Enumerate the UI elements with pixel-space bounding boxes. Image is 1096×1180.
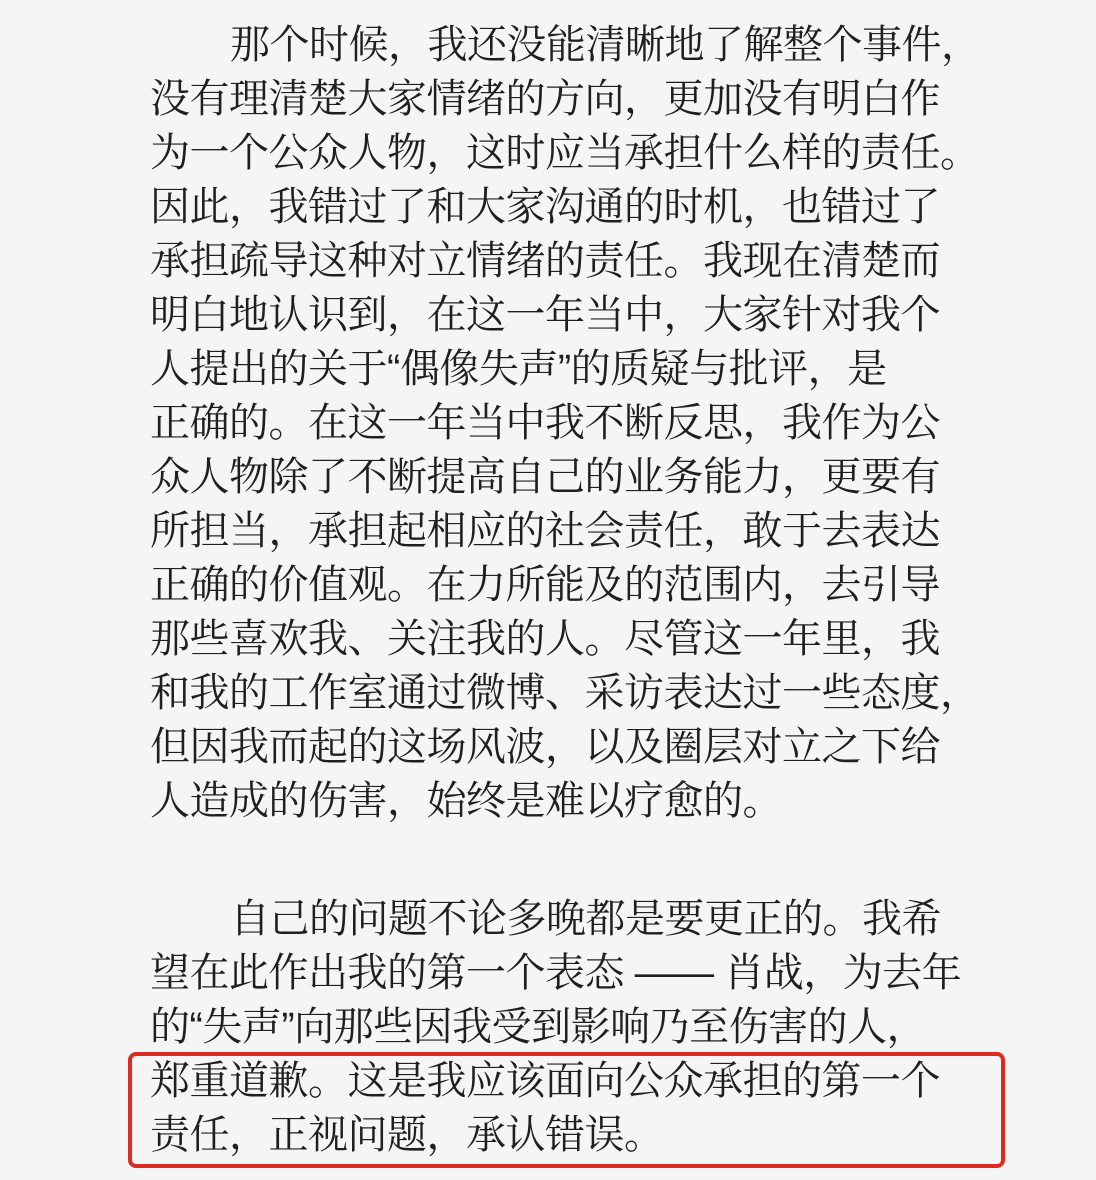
text-line: 和我的工作室通过微博、采访表达过一些态度，	[150, 666, 996, 720]
text-line: 人造成的伤害，始终是难以疗愈的。	[150, 774, 996, 828]
statement-paragraph-2: 自己的问题不论多晚都是要更正的。我希望在此作出我的第一个表态 —— 肖战，为去年…	[150, 892, 996, 1162]
text-line: 责任，正视问题，承认错误。	[150, 1108, 996, 1162]
text-line: 正确的价值观。在力所能及的范围内，去引导	[150, 558, 996, 612]
page-background: { "page": { "background_color": "#f5f5f6…	[0, 0, 1096, 1180]
text-line: 承担疏导这种对立情绪的责任。我现在清楚而	[150, 234, 996, 288]
text-line: 的“失声”向那些因我受到影响乃至伤害的人，	[150, 1000, 996, 1054]
statement-document: 那个时候，我还没能清晰地了解整个事件，没有理清楚大家情绪的方向，更加没有明白作为…	[0, 0, 1096, 1180]
text-line: 望在此作出我的第一个表态 —— 肖战，为去年	[150, 946, 996, 1000]
text-line: 郑重道歉。这是我应该面向公众承担的第一个	[150, 1054, 996, 1108]
text-line: 没有理清楚大家情绪的方向，更加没有明白作	[150, 72, 996, 126]
text-line: 众人物除了不断提高自己的业务能力，更要有	[150, 450, 996, 504]
statement-paragraph-1: 那个时候，我还没能清晰地了解整个事件，没有理清楚大家情绪的方向，更加没有明白作为…	[150, 18, 996, 828]
text-line: 人提出的关于“偶像失声”的质疑与批评，是	[150, 342, 996, 396]
text-line: 正确的。在这一年当中我不断反思，我作为公	[150, 396, 996, 450]
text-line: 但因我而起的这场风波，以及圈层对立之下给	[150, 720, 996, 774]
text-line: 所担当，承担起相应的社会责任，敢于去表达	[150, 504, 996, 558]
text-line: 那些喜欢我、关注我的人。尽管这一年里，我	[150, 612, 996, 666]
text-line: 明白地认识到，在这一年当中，大家针对我个	[150, 288, 996, 342]
text-line: 自己的问题不论多晚都是要更正的。我希	[150, 892, 996, 946]
text-line: 那个时候，我还没能清晰地了解整个事件，	[150, 18, 996, 72]
text-line: 因此，我错过了和大家沟通的时机，也错过了	[150, 180, 996, 234]
text-line: 为一个公众人物，这时应当承担什么样的责任。	[150, 126, 996, 180]
